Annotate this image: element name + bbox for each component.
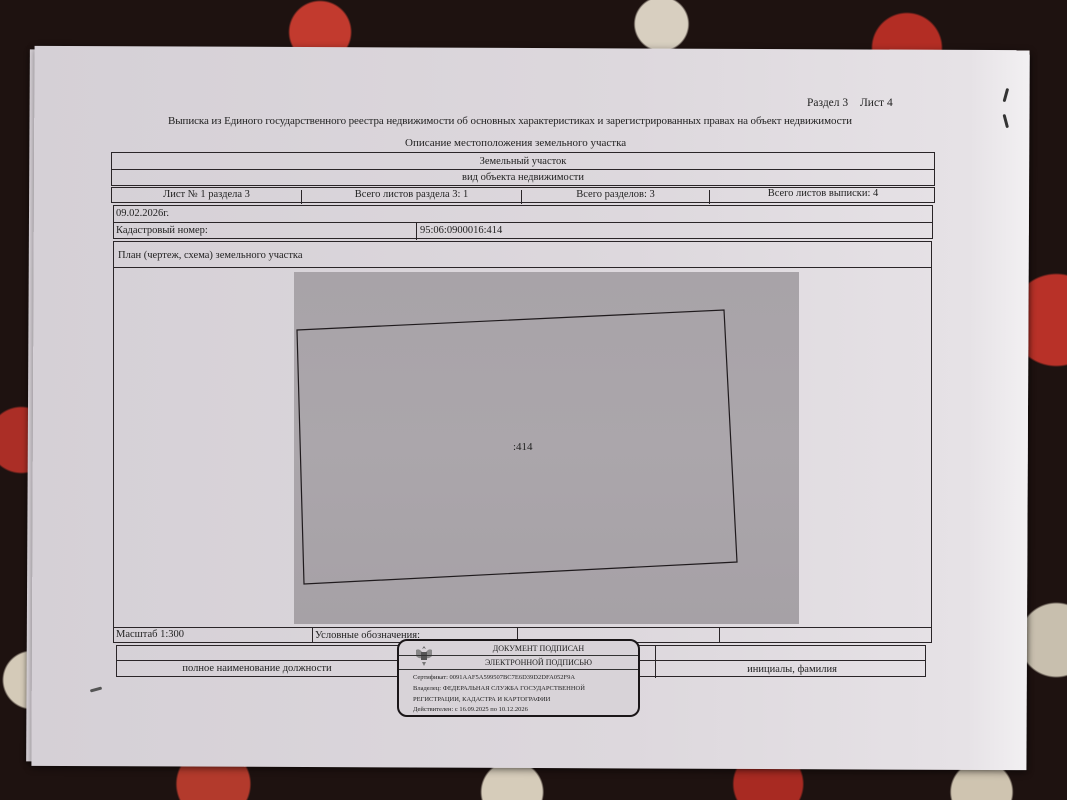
object-type-caption: вид объекта недвижимости	[112, 173, 934, 184]
cadastral-number: 95:06:0900016:414	[420, 226, 502, 237]
object-type: Земельный участок	[112, 157, 934, 168]
staple-mark	[1003, 114, 1009, 128]
plan-drawing: :414	[294, 272, 799, 624]
document-subtitle: Описание местоположения земельного участ…	[405, 137, 626, 149]
parcel-label[interactable]: :414	[513, 442, 533, 453]
stamp-owner-line2: РЕГИСТРАЦИИ, КАДАСТРА И КАРТОГРАФИИ	[413, 696, 550, 703]
name-caption: инициалы, фамилия	[657, 665, 927, 676]
stamp-signed-line: ДОКУМЕНТ ПОДПИСАН	[439, 645, 638, 653]
sheet-info-row: Лист № 1 раздела 3 Всего листов раздела …	[111, 187, 935, 203]
plan-heading: План (чертеж, схема) земельного участка	[118, 251, 303, 262]
scale-label: Масштаб 1:300	[116, 630, 184, 641]
stamp-esign-line: ЭЛЕКТРОННОЙ ПОДПИСЬЮ	[439, 659, 638, 667]
object-type-box: Земельный участок вид объекта недвижимос…	[111, 152, 935, 186]
position-caption: полное наименование должности	[117, 664, 397, 675]
russian-emblem-icon	[413, 644, 435, 668]
total-sheets-extract: Всего листов выписки: 4	[710, 189, 936, 200]
sheet-of-section: Лист № 1 раздела 3	[112, 190, 302, 204]
total-sections: Всего разделов: 3	[522, 190, 710, 204]
section-number: Раздел 3	[807, 97, 848, 109]
stamp-validity: Действителен: с 16.09.2025 по 10.12.2026	[413, 706, 528, 713]
document-page: Раздел 3 Лист 4 Выписка из Единого госуд…	[0, 0, 1067, 800]
sheet-number: Лист 4	[860, 97, 893, 109]
staple-mark	[1003, 88, 1010, 102]
date-row: 09.02.2026г. Кадастровый номер: 95:06:09…	[113, 205, 933, 239]
electronic-signature-stamp: ДОКУМЕНТ ПОДПИСАН ЭЛЕКТРОННОЙ ПОДПИСЬЮ С…	[397, 639, 640, 717]
stamp-certificate: Сертификат: 0091AAF5A599507BC7E6D39D2DFA…	[413, 674, 575, 681]
cadastral-label: Кадастровый номер:	[116, 226, 208, 237]
stamp-owner-line1: Владелец: ФЕДЕРАЛЬНАЯ СЛУЖБА ГОСУДАРСТВЕ…	[413, 685, 585, 692]
total-sheets-section: Всего листов раздела 3: 1	[302, 190, 522, 204]
extract-date: 09.02.2026г.	[116, 209, 169, 220]
parcel-boundary	[294, 272, 799, 624]
document-title: Выписка из Единого государственного реес…	[168, 115, 852, 127]
